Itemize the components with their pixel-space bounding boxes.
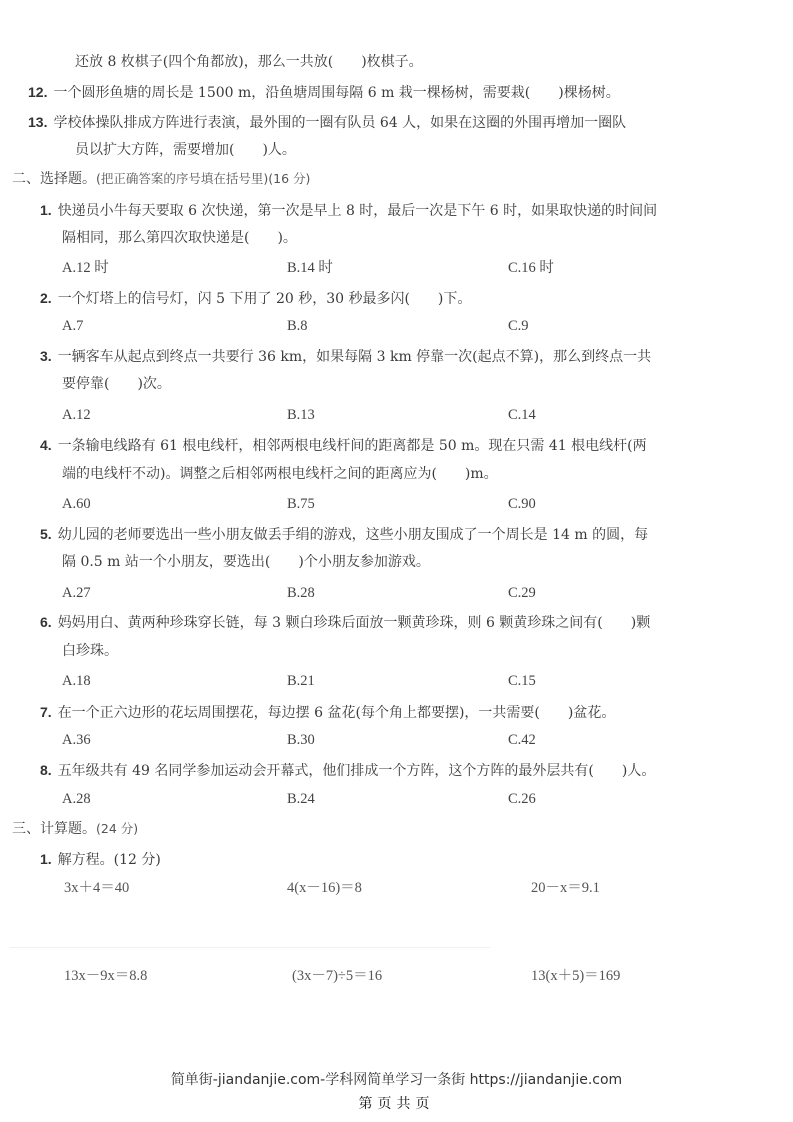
choice-question-8: 8.五年级共有 49 名同学参加运动会开幕式，他们排成一个方阵，这个方阵的最外层… [40,760,655,781]
option-c: C.26 [508,789,536,809]
equation: 13x－9x＝8.8 [64,966,147,986]
option-a: A.28 [62,789,91,809]
question-text: 一条输电线路有 61 根电线杆，相邻两根电线杆间的距离都是 50 m。现在只需 … [58,438,647,454]
option-c: C.42 [508,730,536,750]
choice-question-1: 1.快递员小牛每天要取 6 次快递，第一次是早上 8 时，最后一次是下午 6 时… [40,200,657,221]
option-c: C.15 [508,671,536,691]
question-text: 学校体操队排成方阵进行表演，最外围的一圈有队员 64 人，如果在这圈的外围再增加… [53,115,626,131]
question-text: 妈妈用白、黄两种珍珠穿长链，每 3 颗白珍珠后面放一颗黄珍珠，则 6 颗黄珍珠之… [58,615,651,631]
question-text: 快递员小牛每天要取 6 次快递，第一次是早上 8 时，最后一次是下午 6 时，如… [58,203,657,219]
question-number: 3. [40,348,52,364]
footer-watermark: 简单街-jiandanjie.com-学科网简单学习一条街 https://ji… [0,1069,793,1089]
option-c: C.90 [508,494,536,514]
option-a: A.18 [62,671,91,691]
section-heading-calculation: 三、计算题。(24 分) [12,819,138,839]
equation: (3x－7)÷5＝16 [292,966,382,986]
option-b: B.30 [287,730,315,750]
question-text: 一辆客车从起点到终点一共要行 36 km，如果每隔 3 km 停靠一次(起点不算… [58,349,651,365]
question-text: 解方程。(12 分) [58,852,161,868]
q11-continuation: 还放 8 枚棋子(四个角都放)，那么一共放( )枚棋子。 [75,52,423,72]
scan-artifact-line [10,947,490,948]
option-a: A.27 [62,583,91,603]
choice-question-1-line2: 隔相同，那么第四次取快递是( )。 [62,228,297,248]
section-note: (把正确答案的序号填在括号里)(16 分) [96,171,310,186]
section-title: 二、选择题。 [12,171,96,187]
option-c: C.16 时 [508,258,554,278]
equation: 4(x－16)＝8 [287,878,362,898]
question-12: 12.一个圆形鱼塘的周长是 1500 m，沿鱼塘周围每隔 6 m 栽一棵杨树，需… [28,82,620,103]
option-c: C.9 [508,316,529,336]
choice-question-3: 3.一辆客车从起点到终点一共要行 36 km，如果每隔 3 km 停靠一次(起点… [40,346,651,367]
equation: 3x＋4＝40 [64,878,129,898]
question-13-line2: 员以扩大方阵，需要增加( )人。 [75,140,296,160]
section-title: 三、计算题。 [12,821,96,837]
option-b: B.14 时 [287,258,333,278]
question-number: 5. [40,526,52,542]
choice-question-6: 6.妈妈用白、黄两种珍珠穿长链，每 3 颗白珍珠后面放一颗黄珍珠，则 6 颗黄珍… [40,612,650,633]
choice-question-3-line2: 要停靠( )次。 [62,374,171,394]
equation: 13(x＋5)＝169 [531,966,620,986]
question-number: 7. [40,704,52,720]
page-number: 第页共页 [0,1093,793,1113]
choice-question-5-line2: 隔 0.5 m 站一个小朋友，要选出( )个小朋友参加游戏。 [62,552,430,572]
question-text: 五年级共有 49 名同学参加运动会开幕式，他们排成一个方阵，这个方阵的最外层共有… [58,763,656,779]
option-b: B.24 [287,789,315,809]
option-c: C.14 [508,405,536,425]
question-text: 在一个正六边形的花坛周围摆花，每边摆 6 盆花(每个角上都要摆)，一共需要( )… [58,705,616,721]
question-13: 13.学校体操队排成方阵进行表演，最外围的一圈有队员 64 人，如果在这圈的外围… [28,112,626,133]
option-a: A.12 [62,405,91,425]
choice-question-6-line2: 白珍珠。 [62,641,118,661]
equation: 20－x＝9.1 [531,878,600,898]
question-text: 一个灯塔上的信号灯，闪 5 下用了 20 秒，30 秒最多闪( )下。 [58,291,472,307]
option-b: B.28 [287,583,315,603]
choice-question-5: 5.幼儿园的老师要选出一些小朋友做丢手绢的游戏，这些小朋友围成了一个周长是 14… [40,524,648,545]
question-number: 4. [40,437,52,453]
section-note: (24 分) [96,821,138,836]
question-number: 12. [28,84,47,100]
question-number: 1. [40,202,52,218]
question-number: 6. [40,614,52,630]
option-a: A.36 [62,730,91,750]
question-number: 13. [28,114,47,130]
option-b: B.8 [287,316,308,336]
option-c: C.29 [508,583,536,603]
option-a: A.12 时 [62,258,109,278]
calc-subquestion-1: 1.解方程。(12 分) [40,849,161,870]
section-heading-choice: 二、选择题。(把正确答案的序号填在括号里)(16 分) [12,169,310,189]
choice-question-2: 2.一个灯塔上的信号灯，闪 5 下用了 20 秒，30 秒最多闪( )下。 [40,288,471,309]
question-text: 一个圆形鱼塘的周长是 1500 m，沿鱼塘周围每隔 6 m 栽一棵杨树，需要栽(… [53,85,619,101]
choice-question-4: 4.一条输电线路有 61 根电线杆，相邻两根电线杆间的距离都是 50 m。现在只… [40,435,647,456]
option-b: B.21 [287,671,315,691]
choice-question-4-line2: 端的电线杆不动)。调整之后相邻两根电线杆之间的距离应为( )m。 [62,464,498,484]
question-number: 2. [40,290,52,306]
question-number: 1. [40,851,52,867]
question-text: 幼儿园的老师要选出一些小朋友做丢手绢的游戏，这些小朋友围成了一个周长是 14 m… [58,527,648,543]
choice-question-7: 7.在一个正六边形的花坛周围摆花，每边摆 6 盆花(每个角上都要摆)，一共需要(… [40,702,615,723]
question-number: 8. [40,762,52,778]
option-a: A.60 [62,494,91,514]
option-b: B.13 [287,405,315,425]
option-a: A.7 [62,316,83,336]
option-b: B.75 [287,494,315,514]
